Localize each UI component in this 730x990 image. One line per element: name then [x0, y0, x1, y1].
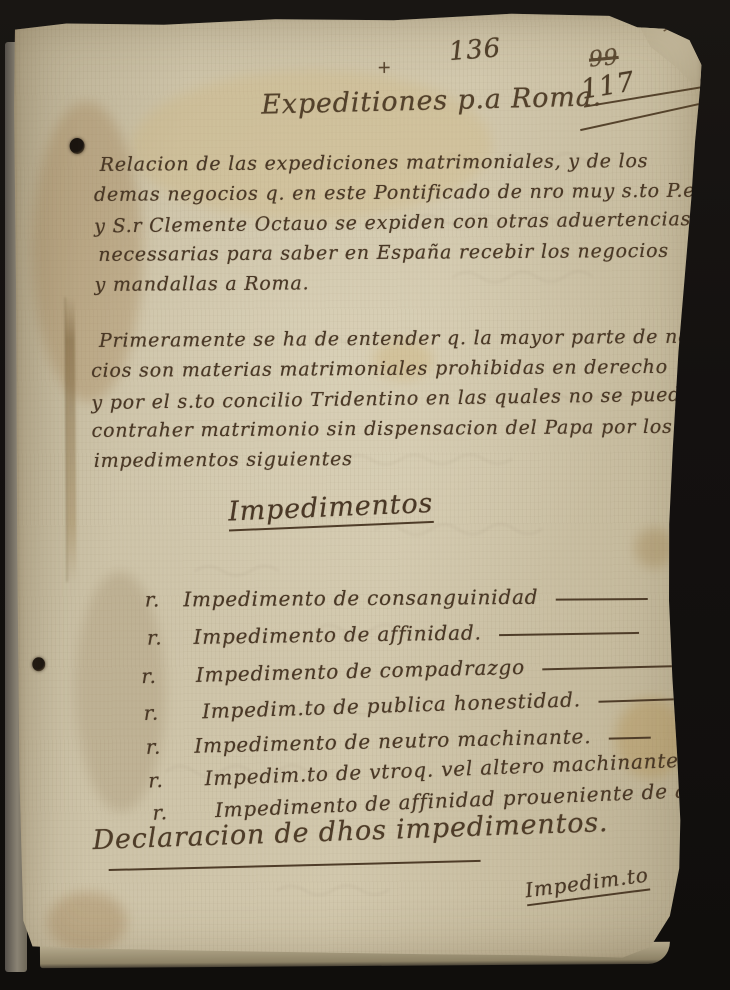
- folio-number-alt: 136: [448, 33, 502, 67]
- declaration-underline: [109, 860, 481, 871]
- paragraph-line: impedimentos siguientes: [92, 446, 717, 480]
- list-item: r. Impedimento de consanguinidad: [145, 584, 648, 612]
- item-marker: r.: [148, 768, 164, 793]
- list-item: r. Impedimento de affinidad.: [147, 618, 639, 650]
- paper-stain: [47, 892, 127, 953]
- cross-mark: +: [377, 58, 392, 78]
- paragraph-line: y mandallas a Roma.: [94, 270, 696, 304]
- wormhole: [32, 657, 45, 671]
- item-marker: r.: [147, 625, 163, 649]
- item-text: Impedim.to de publica honestidad.: [202, 687, 581, 723]
- item-marker: r.: [143, 701, 159, 725]
- item-marker: r.: [145, 587, 160, 611]
- list-item: r. Impedimento de compadrazgo: [141, 651, 672, 688]
- wormhole: [70, 138, 85, 154]
- trailing-rule: [598, 698, 676, 702]
- folio-number-crossed: 99: [588, 45, 620, 73]
- trailing-rule: [609, 737, 651, 740]
- item-text: Impedimento de affinidad.: [193, 620, 481, 649]
- list-item: r. Impedim.to de publica honestidad.: [143, 684, 676, 725]
- item-marker: r.: [141, 664, 157, 688]
- heading-text: Impedimentos: [228, 488, 434, 532]
- trailing-rule: [696, 761, 718, 764]
- page-title: Expeditiones p.a Roma.: [261, 81, 602, 120]
- trailing-rule: [542, 665, 672, 670]
- paragraph-1: Relacion de las expediciones matrimonial…: [94, 150, 696, 304]
- item-text: Impedimento de consanguinidad: [183, 585, 538, 611]
- paragraph-line: Primeramente se ha de entender q. la may…: [91, 326, 716, 360]
- paper-stain: [634, 528, 674, 568]
- fold-crease: [65, 297, 77, 582]
- paragraph-line: necessarias para saber en España recebir…: [94, 240, 696, 274]
- catchword: Impedim.to: [524, 863, 650, 903]
- trailing-rule: [556, 598, 648, 601]
- section-heading-impedimentos: Impedimentos: [228, 488, 434, 528]
- item-text: Impedimento de compadrazgo: [196, 655, 526, 687]
- catchword-text: Impedim.to: [524, 863, 651, 907]
- item-marker: r.: [152, 800, 168, 825]
- trailing-rule: [499, 632, 639, 636]
- manuscript-page: + 136 117 99 7 Expeditiones p.a Roma. Re…: [11, 8, 714, 969]
- item-marker: r.: [146, 735, 162, 759]
- manuscript-scan: + 136 117 99 7 Expeditiones p.a Roma. Re…: [0, 0, 730, 990]
- paragraph-2: Primeramente se ha de entender q. la may…: [91, 326, 716, 480]
- paragraph-line: Relacion de las expediciones matrimonial…: [94, 150, 696, 184]
